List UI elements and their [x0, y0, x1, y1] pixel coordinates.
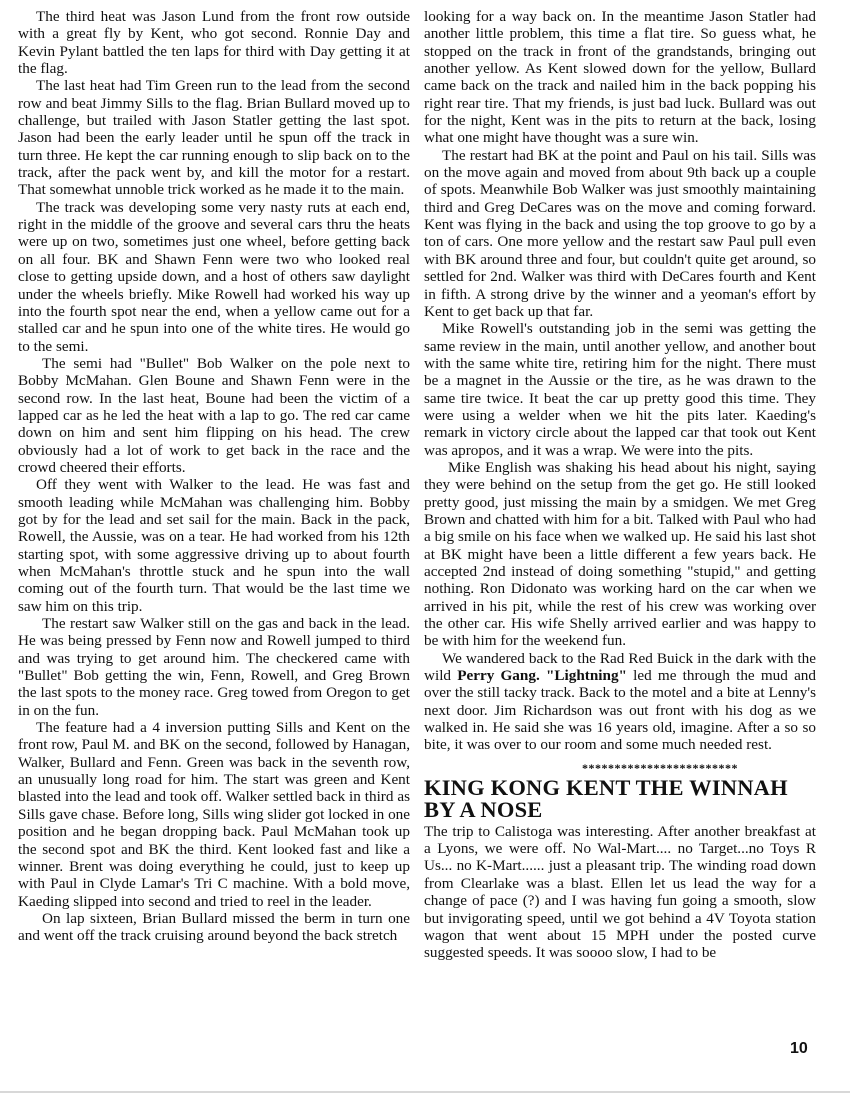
paragraph-wandered-back: We wandered back to the Rad Red Buick in…	[424, 650, 816, 754]
page-number: 10	[790, 1040, 808, 1058]
paragraph-lap-sixteen: On lap sixteen, Brian Bullard missed the…	[18, 910, 410, 945]
paragraph-third-heat: The third heat was Jason Lund from the f…	[18, 8, 410, 77]
paragraph-bk-restart: The restart had BK at the point and Paul…	[424, 147, 816, 320]
paragraph-continued: looking for a way back on. In the meanti…	[424, 8, 816, 147]
paragraph-walker-lead: Off they went with Walker to the lead. H…	[18, 476, 410, 615]
paragraph-rowell: Mike Rowell's outstanding job in the sem…	[424, 320, 816, 459]
paragraph-semi: The semi had "Bullet" Bob Walker on the …	[18, 355, 410, 476]
left-column: The third heat was Jason Lund from the f…	[18, 8, 410, 945]
paragraph-mike-english: Mike English was shaking his head about …	[424, 459, 816, 650]
right-column: looking for a way back on. In the meanti…	[424, 8, 816, 962]
page-bottom-edge	[0, 1091, 850, 1093]
article-headline: KING KONG KENT THE WINNAH BY A NOSE	[424, 777, 816, 821]
document-page: The third heat was Jason Lund from the f…	[0, 0, 850, 1100]
paragraph-restart: The restart saw Walker still on the gas …	[18, 615, 410, 719]
paragraph-track-ruts: The track was developing some very nasty…	[18, 199, 410, 355]
paragraph-calistoga-trip: The trip to Calistoga was interesting. A…	[424, 823, 816, 962]
perry-gang-bold: Perry Gang.	[457, 667, 540, 684]
lightning-bold: "Lightning"	[546, 667, 627, 684]
paragraph-feature: The feature had a 4 inversion putting Si…	[18, 719, 410, 910]
paragraph-last-heat: The last heat had Tim Green run to the l…	[18, 77, 410, 198]
section-separator: ************************	[504, 761, 816, 775]
